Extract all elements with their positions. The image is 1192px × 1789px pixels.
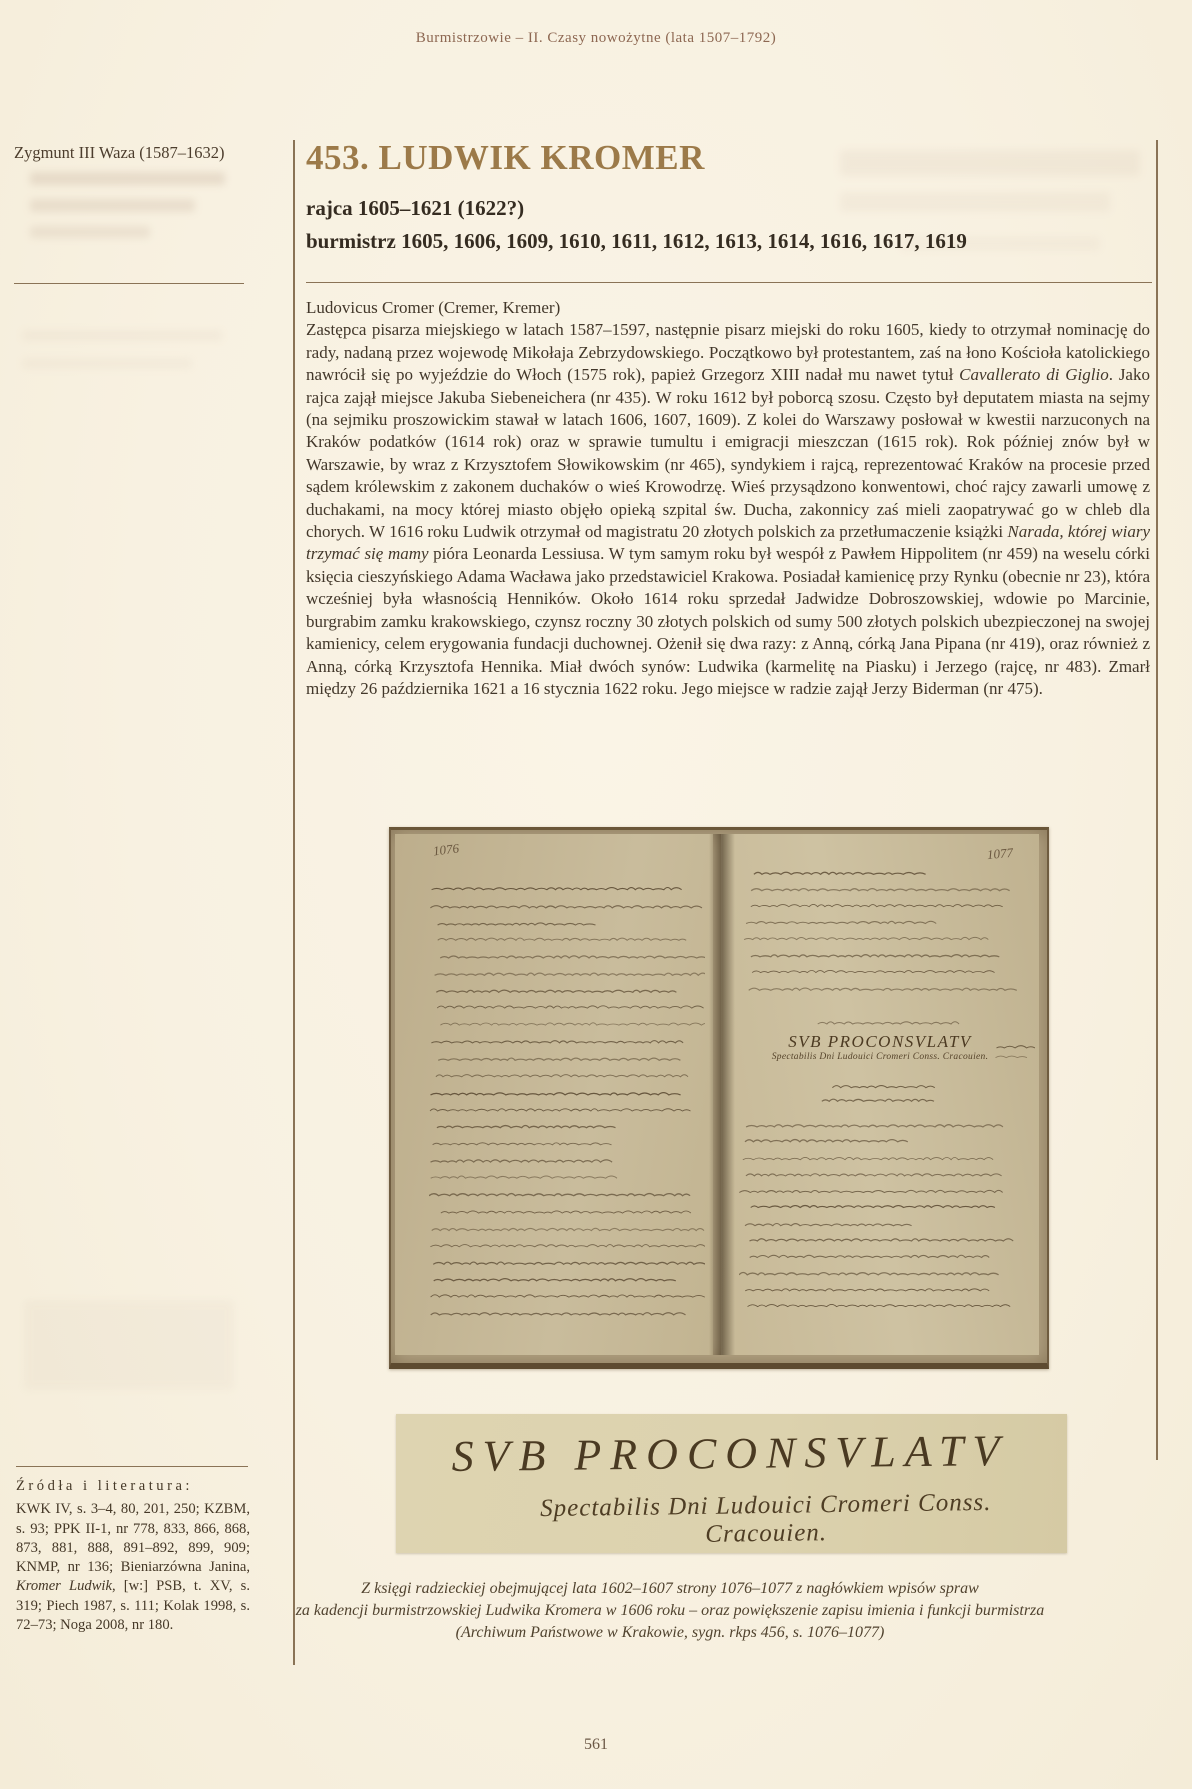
- handwriting-left-page: [429, 884, 705, 1335]
- entry-head-rule: [306, 282, 1152, 283]
- page-number: 561: [0, 1736, 1192, 1754]
- entry-role-rajca: rajca 1605–1621 (1622?): [306, 196, 1152, 221]
- folio-number-left: 1076: [432, 840, 460, 859]
- manuscript-photo: 1076 1077 SVB PROCONSVLATV Spectabilis D…: [389, 827, 1049, 1369]
- bleed-through-ghost: [22, 330, 222, 341]
- handwriting-right-page-bottom: [739, 1120, 1019, 1329]
- sources-text: KWK IV, s. 3–4, 80, 201, 250; KZBM, s. 9…: [16, 1500, 250, 1635]
- margin-column-rule: [14, 283, 244, 284]
- running-header: Burmistrzowie – II. Czasy nowożytne (lat…: [0, 30, 1192, 47]
- bleed-through-ghost: [22, 358, 192, 369]
- ruler-period-label: Zygmunt III Waza (1587–1632): [14, 143, 252, 163]
- sources-top-rule: [16, 1466, 248, 1467]
- manuscript-heading-block: SVB PROCONSVLATV Spectabilis Dni Ludouic…: [727, 1032, 1033, 1062]
- handwriting-right-page-top: [743, 868, 1017, 1011]
- bleed-through-ghost: [24, 1300, 234, 1390]
- column-divider-rule: [293, 140, 295, 1665]
- enlarged-heading: SVB PROCONSVLATV: [420, 1425, 1041, 1482]
- bleed-through-ghost: [30, 172, 225, 185]
- manuscript-subheading: Spectabilis Dni Ludouici Cromeri Conss. …: [727, 1052, 1033, 1062]
- entry-title: 453. LUDWIK KROMER: [306, 138, 1152, 178]
- folio-number-right: 1077: [986, 845, 1013, 863]
- caption-line: za kadencji burmistrzowskiej Ludwika Kro…: [250, 1600, 1090, 1622]
- handwriting-under-heading: [821, 1082, 951, 1117]
- bleed-through-ghost: [30, 199, 195, 212]
- manuscript-heading: SVB PROCONSVLATV: [727, 1032, 1033, 1052]
- caption-line: Z księgi radzieckiej obejmującej lata 16…: [250, 1578, 1090, 1600]
- entry-role-burmistrz: burmistrz 1605, 1606, 1609, 1610, 1611, …: [306, 229, 1152, 254]
- sources-heading: Źródła i literatura:: [16, 1477, 250, 1496]
- heading-enlargement-photo: SVB PROCONSVLATV Spectabilis Dni Ludouic…: [396, 1414, 1067, 1553]
- outer-margin-rule: [1156, 140, 1158, 1460]
- figure-caption: Z księgi radzieckiej obejmującej lata 16…: [250, 1578, 1090, 1644]
- bleed-through-ghost: [30, 226, 150, 238]
- handwriting-margin-note-left: [397, 1068, 429, 1109]
- sources-block: Źródła i literatura: KWK IV, s. 3–4, 80,…: [16, 1477, 250, 1635]
- biography-text: Ludovicus Cromer (Cremer, Kremer) Zastęp…: [306, 297, 1150, 700]
- enlarged-subheading: Spectabilis Dni Ludouici Cromeri Conss. …: [486, 1488, 1047, 1552]
- book-page: Burmistrzowie – II. Czasy nowożytne (lat…: [0, 0, 1192, 1789]
- book-gutter: [709, 834, 735, 1355]
- caption-line: (Archiwum Państwowe w Krakowie, sygn. rk…: [250, 1622, 1090, 1644]
- biography-paragraph: Zastępca pisarza miejskiego w latach 158…: [306, 320, 1150, 698]
- name-variants-line: Ludovicus Cromer (Cremer, Kremer): [306, 297, 1150, 319]
